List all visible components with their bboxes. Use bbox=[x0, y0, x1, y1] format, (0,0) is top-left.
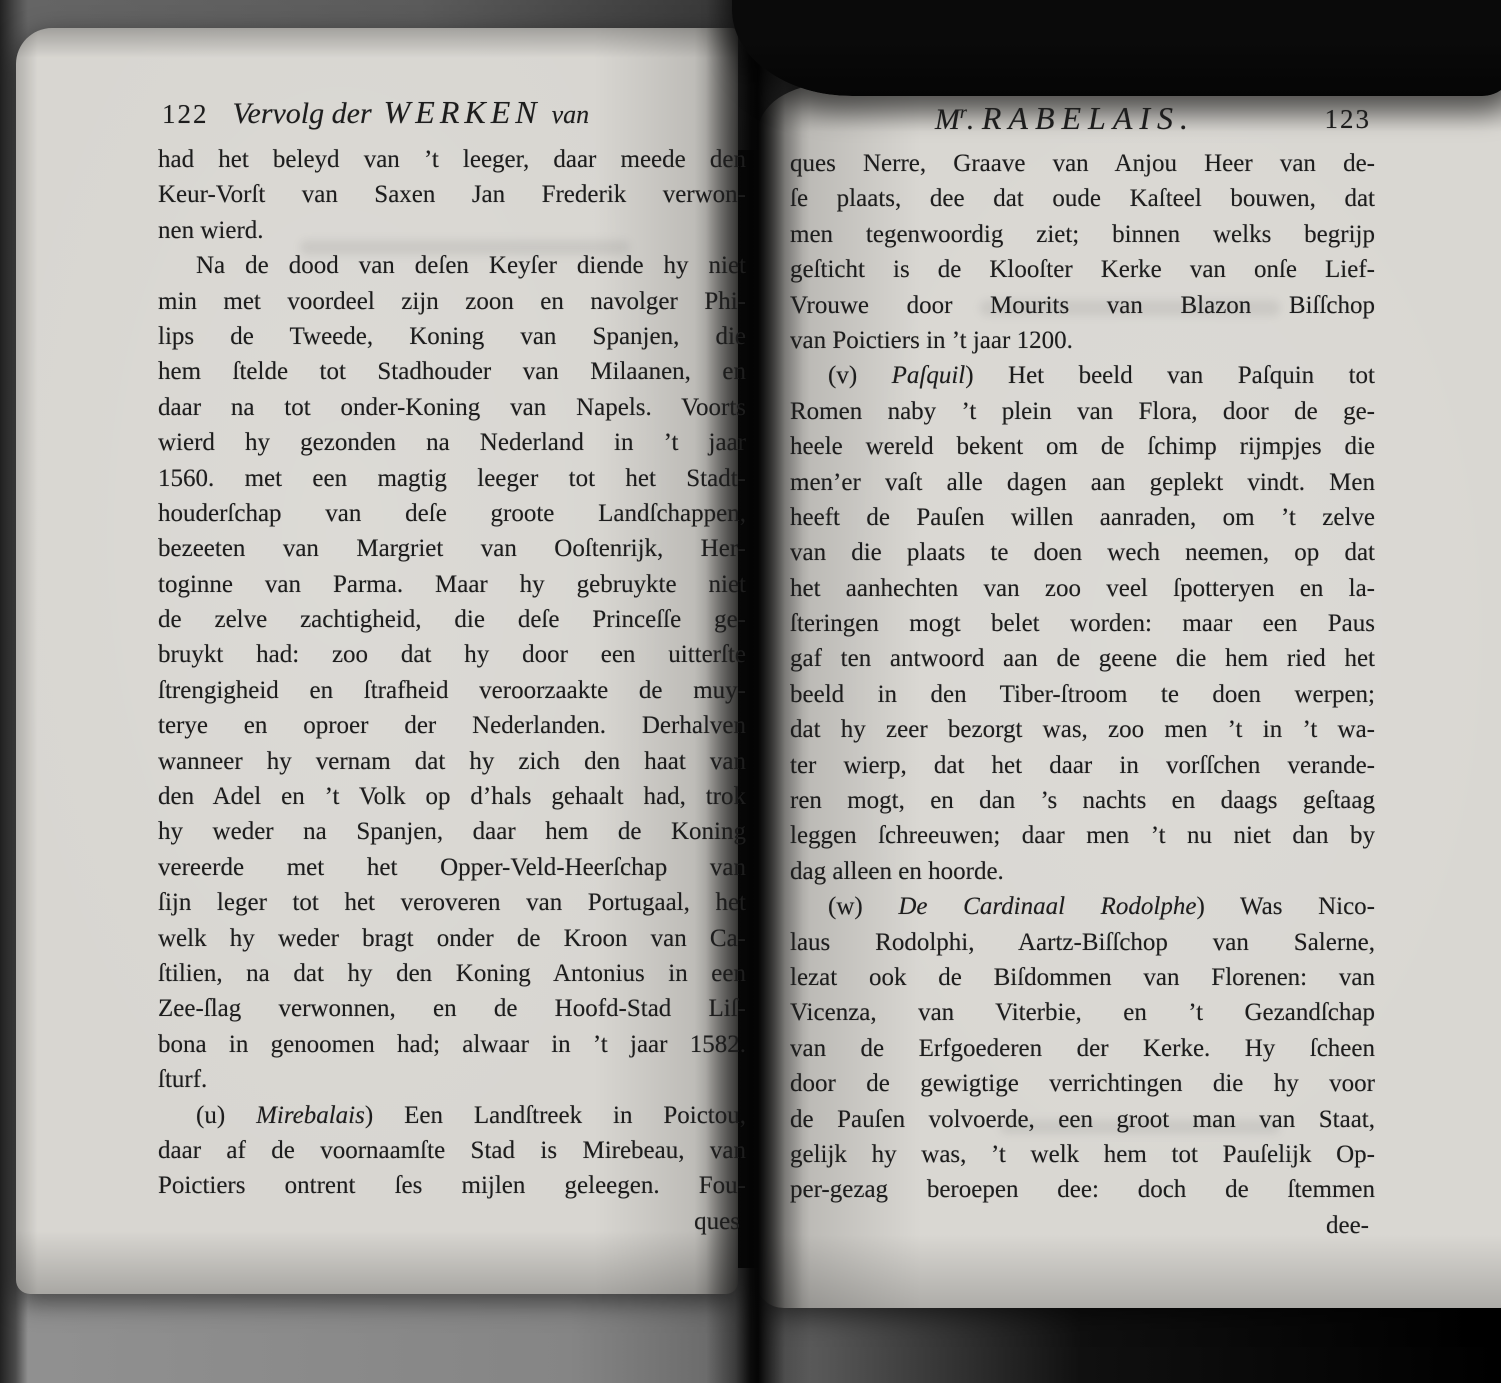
right-page-body: ques Nerre, Graave van Anjou Heer van de… bbox=[790, 146, 1375, 1208]
text-line: wierd hy gezonden na Nederland in ’t jaa… bbox=[158, 425, 746, 460]
paragraph: Na de dood van deſen Keyſer diende hy ni… bbox=[158, 248, 746, 1097]
text-line: de Pauſen volvoerde, een groot man van S… bbox=[790, 1102, 1375, 1137]
text-line: Vrouwe door Mourits van Blazon Biſſchop bbox=[790, 288, 1375, 323]
text-line: ques Nerre, Graave van Anjou Heer van de… bbox=[790, 146, 1375, 181]
text-line: vereerde met het Opper-Veld-Heerſchap va… bbox=[158, 850, 746, 885]
text-line: dat hy zeer bezorgt was, zoo men ’t in ’… bbox=[790, 712, 1375, 747]
paragraph: (u) Mirebalais) Een Landſtreek in Poicto… bbox=[158, 1098, 746, 1204]
text-line: ſe plaats, dee dat oude Kaſteel bouwen, … bbox=[790, 181, 1375, 216]
text-line: ſtrengigheid en ſtrafheid veroorzaakte d… bbox=[158, 673, 746, 708]
catchword-left: ques bbox=[158, 1204, 746, 1239]
text-line: per-gezag beroepen dee: doch de ſtemmen bbox=[790, 1172, 1375, 1207]
text-line: daar af de voornaamſte Stad is Mirebeau,… bbox=[158, 1133, 746, 1168]
paragraph: had het beleyd van ’t leeger, daar meede… bbox=[158, 142, 746, 248]
text-line: men tegenwoordig ziet; binnen welks begr… bbox=[790, 217, 1375, 252]
paragraph: (w) De Cardinaal Rodolphe) Was Nico-laus… bbox=[790, 889, 1375, 1208]
text-line: heeft de Pauſen willen aanraden, om ’t z… bbox=[790, 500, 1375, 535]
page-number-right: 123 bbox=[1325, 104, 1372, 135]
text-line: Vicenza, van Viterbie, en ’t Gezandſchap bbox=[790, 995, 1375, 1030]
paragraph: (v) Paſquil) Het beeld van Paſquin totRo… bbox=[790, 358, 1375, 889]
text-line: van die plaats te doen wech neemen, op d… bbox=[790, 535, 1375, 570]
text-line: welk hy weder bragt onder de Kroon van C… bbox=[158, 921, 746, 956]
text-line: bezeeten van Margriet van Ooſtenrijk, He… bbox=[158, 531, 746, 566]
text-line: (v) Paſquil) Het beeld van Paſquin tot bbox=[790, 358, 1375, 393]
text-line: min met voordeel zijn zoon en navolger P… bbox=[158, 284, 746, 319]
text-line: gelijk hy was, ’t welk hem tot Pauſelijk… bbox=[790, 1137, 1375, 1172]
text-line: (u) Mirebalais) Een Landſtreek in Poicto… bbox=[158, 1098, 746, 1133]
text-line: ſturf. bbox=[158, 1062, 746, 1097]
text-line: (w) De Cardinaal Rodolphe) Was Nico- bbox=[790, 889, 1375, 924]
text-line: het aanhechten van zoo veel ſpotteryen e… bbox=[790, 571, 1375, 606]
text-line: nen wierd. bbox=[158, 213, 746, 248]
text-line: ſijn leger tot het veroveren van Portuga… bbox=[158, 885, 746, 920]
page-number-left: 122 bbox=[162, 99, 209, 130]
text-line: lips de Tweede, Koning van Spanjen, die bbox=[158, 319, 746, 354]
text-line: door de gewigtige verrichtingen die hy v… bbox=[790, 1066, 1375, 1101]
text-line: dag alleen en hoorde. bbox=[790, 854, 1375, 889]
text-line: ren mogt, en dan ’s nachts en daags geſt… bbox=[790, 783, 1375, 818]
text-line: van Poictiers in ’t jaar 1200. bbox=[790, 323, 1375, 358]
text-line: daar na tot onder-Koning van Napels. Voo… bbox=[158, 390, 746, 425]
text-line: ter wierp, dat het daar in vorſſchen ver… bbox=[790, 748, 1375, 783]
text-line: wanneer hy vernam dat hy zich den haat v… bbox=[158, 744, 746, 779]
text-line: bruykt had: zoo dat hy door een uitterſt… bbox=[158, 637, 746, 672]
text-line: hem ſtelde tot Stadhouder van Milaanen, … bbox=[158, 354, 746, 389]
text-line: ſtilien, na dat hy den Koning Antonius i… bbox=[158, 956, 746, 991]
text-line: men’er vaſt alle dagen aan geplekt vindt… bbox=[790, 465, 1375, 500]
text-line: gaf ten antwoord aan de geene die hem ri… bbox=[790, 641, 1375, 676]
running-title-right: Mr. RABELAIS. bbox=[935, 100, 1195, 137]
text-line: leggen ſchreeuwen; daar men ’t nu niet d… bbox=[790, 818, 1375, 853]
text-line: Na de dood van deſen Keyſer diende hy ni… bbox=[158, 248, 746, 283]
right-page-text: Mr. RABELAIS. 123 ques Nerre, Graave van… bbox=[790, 98, 1375, 1243]
text-line: laus Rodolphi, Aartz-Biſſchop van Salern… bbox=[790, 925, 1375, 960]
text-line: hy weder na Spanjen, daar hem de Koning bbox=[158, 814, 746, 849]
text-line: de zelve zachtigheid, die deſe Princeſſe… bbox=[158, 602, 746, 637]
left-page-text: 122 Vervolg derWERKENvan had het beleyd … bbox=[158, 94, 746, 1239]
text-line: van de Erfgoederen der Kerke. Hy ſcheen bbox=[790, 1031, 1375, 1066]
left-page-body: had het beleyd van ’t leeger, daar meede… bbox=[158, 142, 746, 1204]
top-edge-shadow bbox=[732, 0, 1501, 96]
catchword-right: dee- bbox=[790, 1208, 1375, 1243]
text-line: den Adel en ’t Volk op d’hals gehaalt ha… bbox=[158, 779, 746, 814]
book-scan: 122 Vervolg derWERKENvan had het beleyd … bbox=[0, 0, 1501, 1383]
text-line: toginne van Parma. Maar hy gebruykte nie… bbox=[158, 567, 746, 602]
text-line: Poictiers ontrent ſes mijlen geleegen. F… bbox=[158, 1168, 746, 1203]
text-line: beeld in den Tiber-ſtroom te doen werpen… bbox=[790, 677, 1375, 712]
left-page-header: 122 Vervolg derWERKENvan bbox=[158, 94, 746, 142]
text-line: Zee-ſlag verwonnen, en de Hoofd-Stad Liſ… bbox=[158, 991, 746, 1026]
text-line: 1560. met een magtig leeger tot het Stad… bbox=[158, 461, 746, 496]
text-line: Keur-Vorſt van Saxen Jan Frederik verwon… bbox=[158, 177, 746, 212]
text-line: geſticht is de Klooſter Kerke van onſe L… bbox=[790, 252, 1375, 287]
text-line: Romen naby ’t plein van Flora, door de g… bbox=[790, 394, 1375, 429]
text-line: lezat ook de Biſdommen van Florenen: van bbox=[790, 960, 1375, 995]
text-line: bona in genoomen had; alwaar in ’t jaar … bbox=[158, 1027, 746, 1062]
text-line: ſteringen mogt belet worden: maar een Pa… bbox=[790, 606, 1375, 641]
running-title-left: Vervolg derWERKENvan bbox=[233, 94, 590, 131]
text-line: terye en oproer der Nederlanden. Derhalv… bbox=[158, 708, 746, 743]
text-line: houderſchap van deſe groote Landſchappen… bbox=[158, 496, 746, 531]
paragraph: ques Nerre, Graave van Anjou Heer van de… bbox=[790, 146, 1375, 358]
text-line: heele wereld bekent om de ſchimp rijmpje… bbox=[790, 429, 1375, 464]
right-page-header: Mr. RABELAIS. 123 bbox=[790, 98, 1375, 146]
text-line: had het beleyd van ’t leeger, daar meede… bbox=[158, 142, 746, 177]
